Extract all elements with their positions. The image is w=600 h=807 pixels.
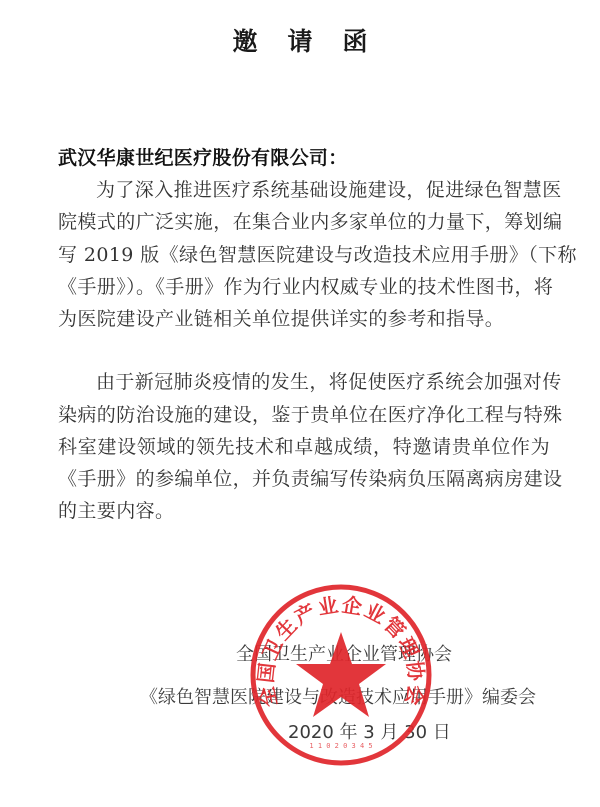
document-title: 邀请函 — [0, 22, 600, 58]
paragraph-1-line: 写 2019 版《绿色智慧医院建设与改造技术应用手册》（下称 — [58, 243, 550, 267]
salutation-recipient: 武汉华康世纪医疗股份有限公司： — [58, 143, 348, 170]
paragraph-2-line: 《手册》的参编单位，并负责编写传染病负压隔离病房建设 — [58, 467, 550, 491]
signature-organization: 全国卫生产业企业管理协会 — [236, 640, 452, 666]
signature-date: 2020 年 3 月 30 日 — [288, 718, 451, 744]
paragraph-1-line: 为了深入推进医疗系统基础设施建设，促进绿色智慧医 — [96, 178, 550, 202]
invitation-letter-page: 邀请函 武汉华康世纪医疗股份有限公司： 为了深入推进医疗系统基础设施建设，促进绿… — [0, 0, 600, 807]
paragraph-1-line: 院模式的广泛实施，在集合业内多家单位的力量下，筹划编 — [58, 210, 550, 234]
paragraph-1-line: 《手册》）。《手册》作为行业内权威专业的技术性图书，将 — [58, 275, 550, 299]
paragraph-2-line: 科室建设领域的领先技术和卓越成绩，特邀请贵单位作为 — [58, 435, 550, 459]
paragraph-1-line: 为医院建设产业链相关单位提供详实的参考和指导。 — [58, 307, 550, 331]
paragraph-2-line: 的主要内容。 — [58, 499, 550, 523]
paragraph-2-line: 由于新冠肺炎疫情的发生，将促使医疗系统会加强对传 — [96, 370, 550, 394]
signature-committee: 《绿色智慧医院建设与改造技术应用手册》编委会 — [140, 683, 536, 709]
paragraph-2-line: 染病的防治设施的建设，鉴于贵单位在医疗净化工程与特殊 — [58, 403, 550, 427]
